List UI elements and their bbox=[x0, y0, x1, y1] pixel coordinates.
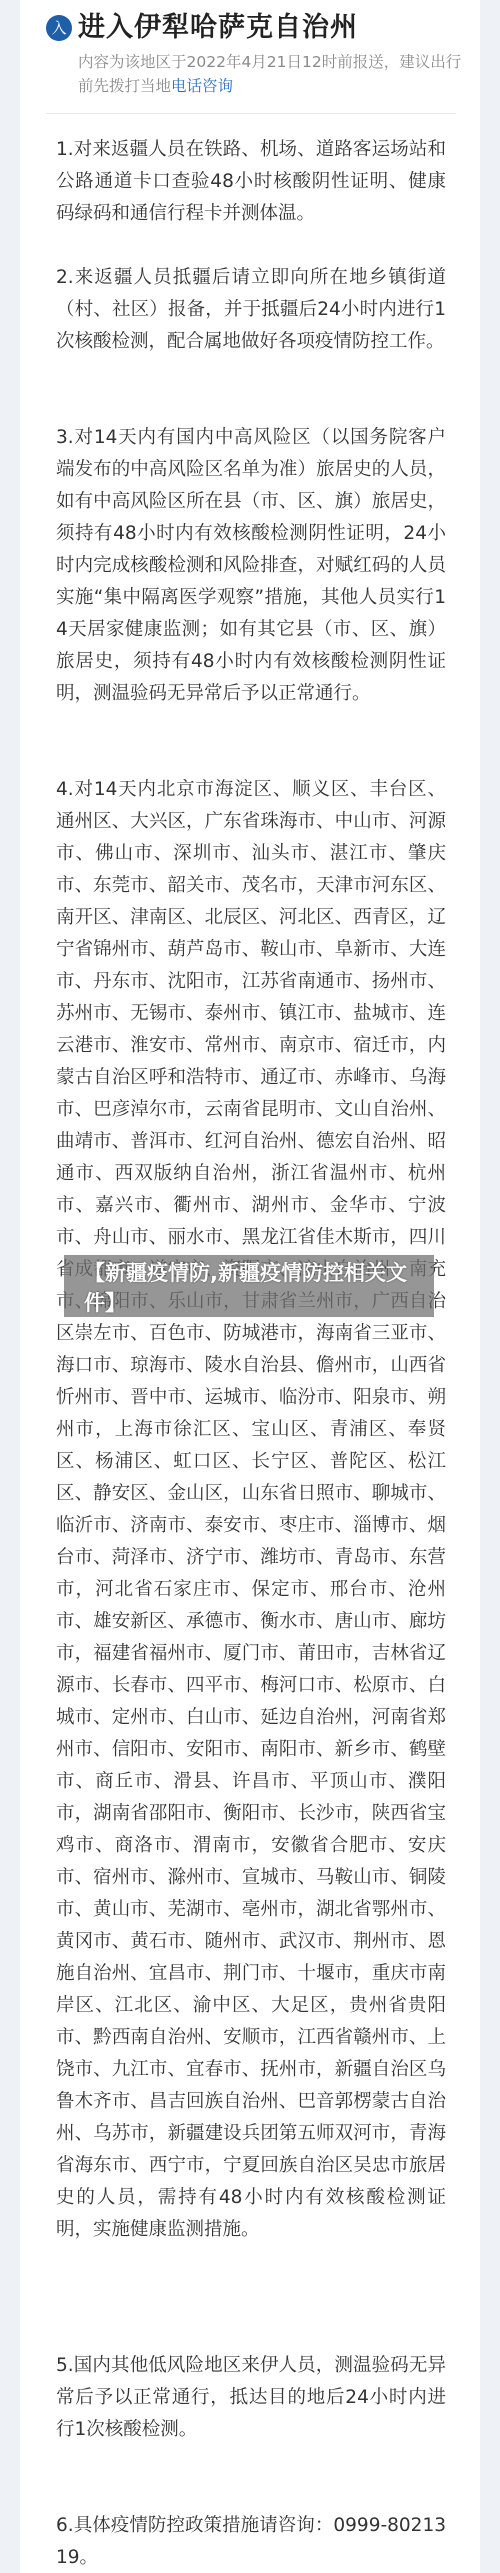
header-divider bbox=[46, 113, 456, 114]
policy-item-4: 4.对14天内北京市海淀区、顺义区、丰台区、通州区、大兴区，广东省珠海市、中山市… bbox=[56, 774, 446, 2246]
caption-overlay-text: 【新疆疫情防,新疆疫情防控相关文件】 bbox=[84, 1258, 424, 1318]
phone-consult-link[interactable]: 电话咨询 bbox=[171, 77, 233, 95]
policy-item-2: 2.来返疆人员抵疆后请立即向所在地乡镇街道（村、社区）报备，并于抵疆后24小时内… bbox=[56, 262, 446, 358]
report-note: 内容为该地区于2022年4月21日12时前报送，建议出行前先拨打当地电话咨询 bbox=[78, 50, 468, 98]
entry-badge-icon: 入 bbox=[46, 15, 72, 41]
page-title: 进入伊犁哈萨克自治州 bbox=[78, 9, 358, 47]
report-note-text: 内容为该地区于2022年4月21日12时前报送，建议出行前先拨打当地 bbox=[78, 53, 461, 95]
policy-item-6: 6.具体疫情防控政策措施请咨询：0999-8021319。 bbox=[56, 2510, 446, 2573]
policy-item-3: 3.对14天内有国内中高风险区（以国务院客户端发布的中高风险区名单为准）旅居史的… bbox=[56, 422, 446, 710]
policy-item-1: 1.对来返疆人员在铁路、机场、道路客运场站和公路通道卡口查验48小时核酸阴性证明… bbox=[56, 134, 446, 230]
card-header: 入 进入伊犁哈萨克自治州 内容为该地区于2022年4月21日12时前报送，建议出… bbox=[20, 0, 480, 114]
policy-item-5: 5.国内其他低风险地区来伊人员，测温验码无异常后予以正常通行，抵达目的地后24小… bbox=[56, 2350, 446, 2446]
